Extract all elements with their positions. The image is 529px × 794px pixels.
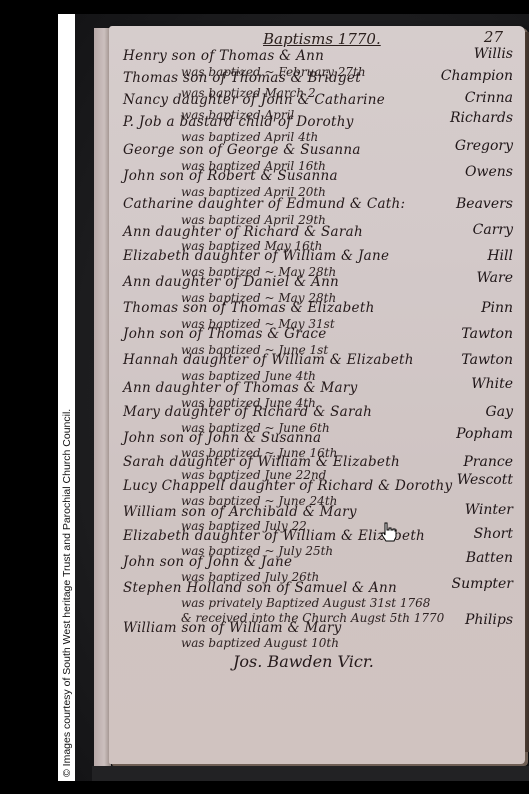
entry-main-line: P. Job a bastard child of Dorothy xyxy=(123,114,354,130)
credit-strip: © Images courtesy of South West heritage… xyxy=(58,14,75,781)
page-edge xyxy=(525,32,529,752)
entry-main-line: Ann daughter of Richard & Sarah xyxy=(123,224,363,240)
entry-main-line: Mary daughter of Richard & Sarah xyxy=(123,404,372,420)
entry-main-line: Thomas son of Thomas & Elizabeth xyxy=(123,300,375,316)
entry-main-line: Stephen Holland son of Samuel & Ann xyxy=(123,580,397,596)
entry-surname: Beavers xyxy=(456,196,513,212)
vicar-signature: Jos. Bawden Vicr. xyxy=(233,652,374,671)
scan-bottom-edge xyxy=(92,766,529,781)
entry-main-line: Thomas son of Thomas & Bridget xyxy=(123,70,361,86)
copyright-credit: © Images courtesy of South West heritage… xyxy=(61,17,73,777)
entry-main-line: Ann daughter of Thomas & Mary xyxy=(123,380,358,396)
entry-surname: Tawton xyxy=(461,326,513,342)
entry-main-line: John son of John & Susanna xyxy=(123,430,321,446)
entry-surname: Philips xyxy=(465,612,513,628)
entry-surname: Champion xyxy=(441,68,513,84)
entry-main-line: Henry son of Thomas & Ann xyxy=(123,48,324,64)
entry-main-line: Elizabeth daughter of William & Jane xyxy=(123,248,389,264)
entry-main-line: John son of Robert & Susanna xyxy=(123,168,338,184)
entry-surname: Popham xyxy=(456,426,513,442)
entry-main-line: Ann daughter of Daniel & Ann xyxy=(123,274,339,290)
image-viewer: © Images courtesy of South West heritage… xyxy=(58,14,529,781)
entry-main-line: William son of Archibald & Mary xyxy=(123,504,357,520)
entry-surname: Hill xyxy=(487,248,513,264)
entry-date-line: was privately Baptized August 31st 1768 xyxy=(181,596,430,610)
entry-main-line: John son of John & Jane xyxy=(123,554,292,570)
entry-surname: Owens xyxy=(465,164,513,180)
entry-main-line: Lucy Chappell daughter of Richard & Doro… xyxy=(123,478,452,494)
entry-surname: Carry xyxy=(473,222,513,238)
register-page[interactable]: Baptisms 1770. 27 Henry son of Thomas & … xyxy=(109,26,525,764)
entry-surname: White xyxy=(471,376,513,392)
entry-main-line: William son of William & Mary xyxy=(123,620,342,636)
entry-surname: Richards xyxy=(450,110,513,126)
entry-date-line: was baptized August 10th xyxy=(181,636,339,650)
entry-main-line: Hannah daughter of William & Elizabeth xyxy=(123,352,414,368)
entry-surname: Short xyxy=(474,526,513,542)
entry-surname: Crinna xyxy=(465,90,513,106)
entry-main-line: John son of Thomas & Grace xyxy=(123,326,327,342)
scan-background: Baptisms 1770. 27 Henry son of Thomas & … xyxy=(75,14,529,781)
entry-surname: Ware xyxy=(477,270,514,286)
entry-surname: Batten xyxy=(466,550,513,566)
entry-surname: Pinn xyxy=(481,300,513,316)
page-heading: Baptisms 1770. xyxy=(263,30,381,48)
entry-surname: Gay xyxy=(486,404,513,420)
entry-surname: Winter xyxy=(465,502,513,518)
folio-number: 27 xyxy=(484,28,503,46)
entry-main-line: George son of George & Susanna xyxy=(123,142,361,158)
entry-surname: Wescott xyxy=(457,472,513,488)
entry-surname: Sumpter xyxy=(452,576,513,592)
entry-main-line: Nancy daughter of John & Catharine xyxy=(123,92,385,108)
entry-surname: Gregory xyxy=(455,138,513,154)
entry-main-line: Catharine daughter of Edmund & Cath: xyxy=(123,196,405,212)
entry-surname: Prance xyxy=(463,454,513,470)
hand-pointer-icon xyxy=(380,522,398,542)
entry-surname: Tawton xyxy=(461,352,513,368)
entry-surname: Willis xyxy=(474,46,513,62)
